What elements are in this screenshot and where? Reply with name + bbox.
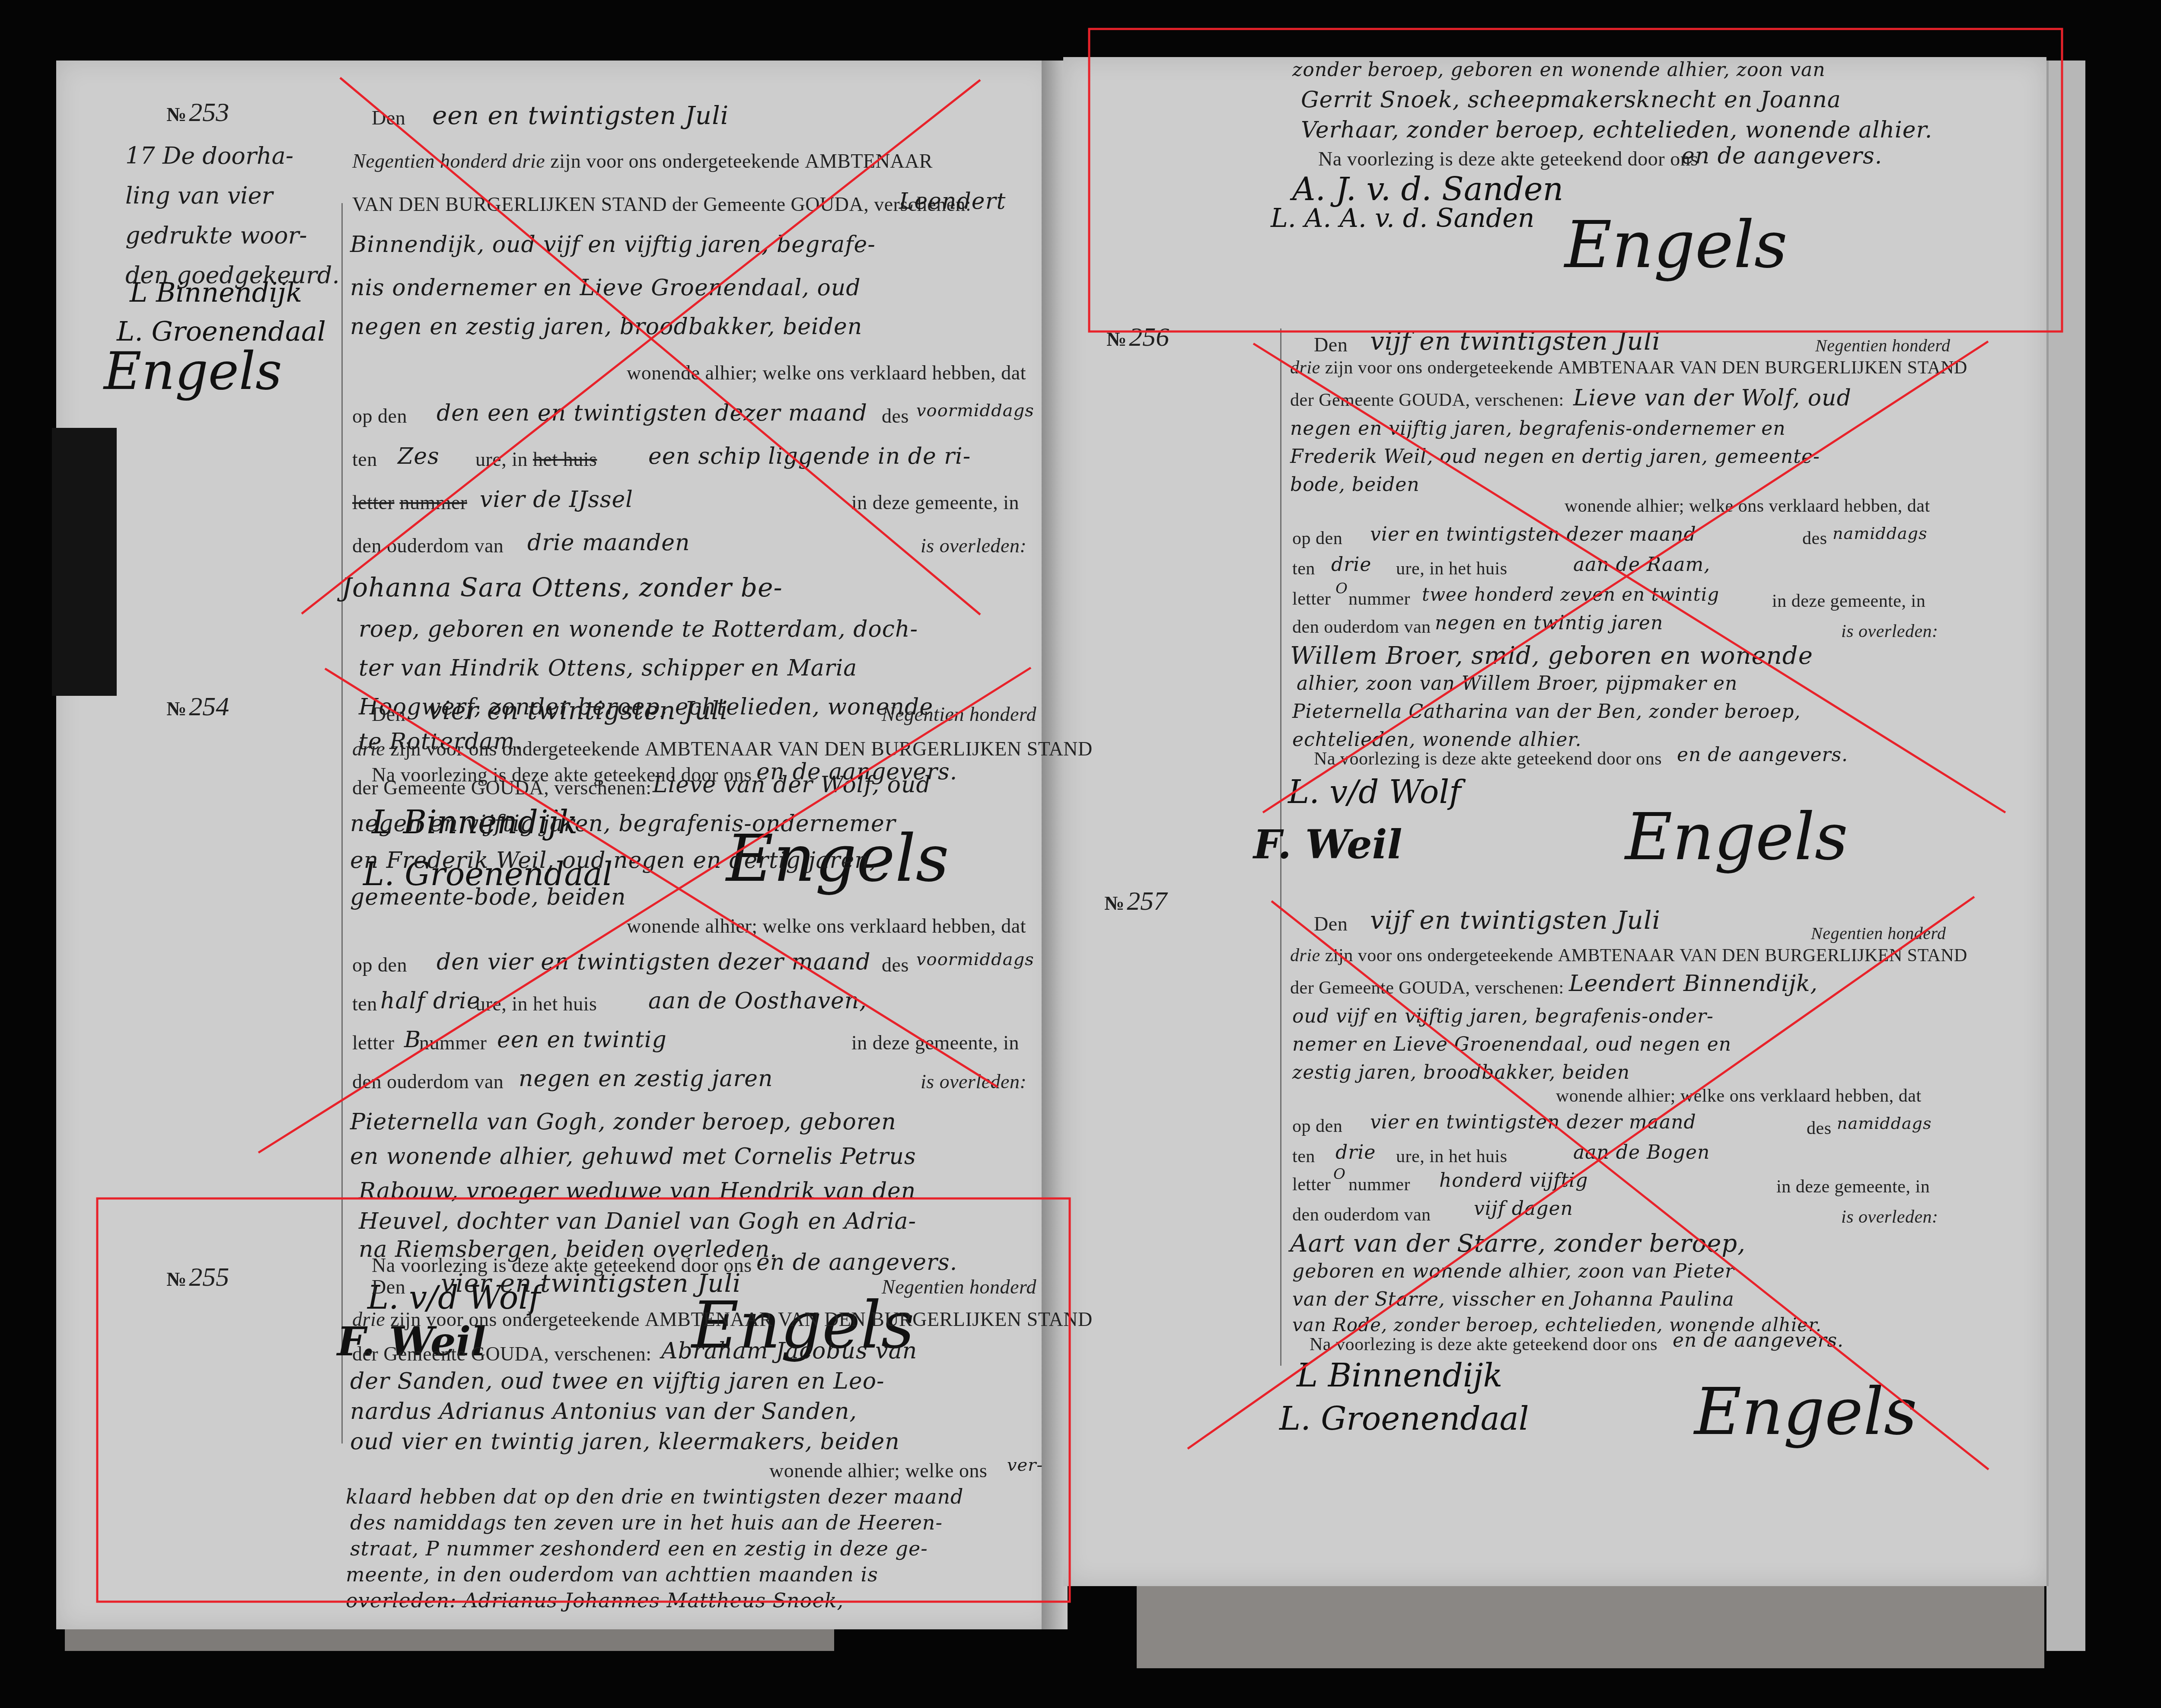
signature-weil-256: F. Weil (1253, 821, 1402, 868)
entry-number-253: №253 (166, 97, 229, 128)
entry-number-256: №256 (1106, 322, 1169, 353)
signature-engels-257: Engels (1694, 1374, 1917, 1450)
date-254: vier en twintigsten Juli (428, 698, 728, 723)
signature-groenendaal-257: L. Groenendaal (1279, 1400, 1529, 1437)
left-binding-tab (52, 428, 117, 696)
entry-number-254: №254 (166, 691, 229, 722)
right-page (1063, 57, 2046, 1586)
date-253: een en twintigsten Juli (432, 103, 729, 128)
entry-number-255: №255 (166, 1262, 229, 1293)
left-page-column-rule (341, 203, 343, 1444)
date-255: vier en twintigsten Juli (441, 1271, 741, 1296)
entry-number-257: №257 (1104, 886, 1167, 917)
signature-ajvd-sanden: A. J. v. d. Sanden (1292, 171, 1563, 208)
margin-note-deletion-approved: 17 De doorha- ling van vier gedrukte woo… (125, 136, 340, 295)
right-page-stack-edge (2046, 61, 2085, 1651)
signature-engels-255: Engels (1565, 207, 1788, 283)
signature-laavd-sanden: L. A. A. v. d. Sanden (1271, 203, 1535, 233)
date-257: vijf en twintigsten Juli (1370, 908, 1661, 933)
date-256: vijf en twintigsten Juli (1370, 328, 1661, 354)
lower-book-edge-right (1137, 1582, 2044, 1668)
signature-binnendijk-257: L Binnendijk (1297, 1357, 1502, 1394)
signature-engels-256: Engels (1625, 800, 1848, 875)
margin-signature-binnendijk: L Binnendijk (130, 277, 302, 308)
signature-vd-wolf-256: L. v/d Wolf (1288, 774, 1461, 811)
margin-signature-engels: Engels (104, 341, 282, 402)
